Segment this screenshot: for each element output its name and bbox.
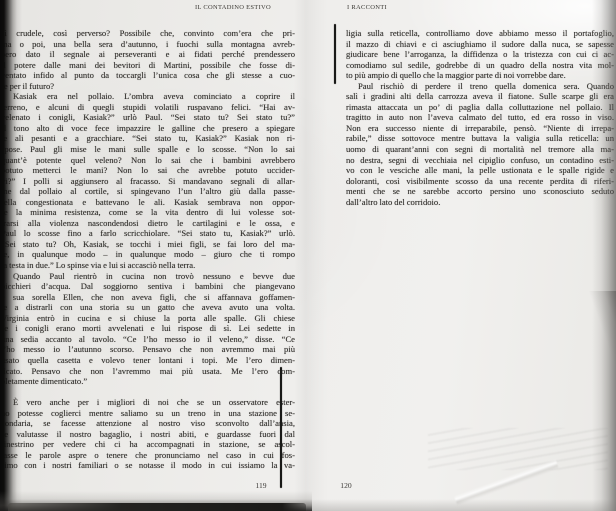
text-line: dall’altro lato del corridoio. [346,197,614,208]
text-line: Non era successo niente di irreparabile,… [346,123,614,134]
text-line: vi?” I polli si aggiunsero al fracasso. … [1,176,295,187]
book-scan-photo: IL CONTADINO ESTIVO sì crudele, così per… [0,0,616,511]
text-line: vo con le vesciche alle mani, la pelle u… [346,165,614,176]
text-line: le, in qualunque modo – in qualunque mod… [1,249,295,260]
text-line: tasse le parole aspre o tenere che pronu… [1,450,295,461]
text-line: usato quella casetta e volevo tener lont… [1,355,295,366]
pen-mark-right-page-margin [334,24,336,84]
text-line: ticato. Pensavo che non l’avremmo mai pi… [1,366,295,377]
text-line: re per il futuro? [1,81,295,92]
text-line: velenato i conigli, Kasiak?” urlò Paul. … [1,112,295,123]
text-line: giudicare bene l’arroganza, la diffidenz… [346,49,614,60]
text-line: menti che se ne sarebbe accorto persino … [346,186,614,197]
text-line: finestrino per vedere chi ci ha accompag… [1,439,295,450]
text-line: salì i gradini alti della carrozza aveva… [346,91,614,102]
text-line: rabile,” disse sottovoce mentre buttava … [346,133,614,144]
text-line: bicchieri d’acqua. Dal soggiorno sentiva… [1,281,295,292]
text-line: tragitto in auto non l’aveva calmato del… [346,112,614,123]
text-line: Paul lo scosse fino a farlo scricchiolar… [1,228,295,239]
text-line: “Sei stato tu? Oh, Kasiak, se tocchi i m… [1,239,295,250]
bottom-edge-dark-strip [8,503,306,511]
text-line: te a distrarli con una storia su un gatt… [1,302,295,313]
text-line: l’ho messo io l’autunno scorso. Pensavo … [1,344,295,355]
text-line: comodiamo sul sedile, godrebbe di un qua… [346,60,614,71]
text-line: la testa in due.” Lo spinse via e lui si… [1,260,295,271]
text-line: ligia sulla reticella, controlliamo dove… [346,28,614,39]
page-number-left: 119 [241,481,281,490]
running-header-left: IL CONTADINO ESTIVO [153,4,313,11]
text-line: Quando Paul rientrò in cucina non trovò … [1,271,295,282]
text-line: simo con i nostri familiari o se notasse… [1,460,295,471]
text-line: quant’è potente quel veleno? Non lo sai … [1,155,295,166]
page-number-right: 120 [326,481,366,490]
text-line: me dal pollaio al cortile, si spingevano… [1,186,295,197]
text-line: È vero anche per i migliori di noi che s… [1,397,295,408]
text-line: sì crudele, così perverso? Possibile che… [1,28,295,39]
left-page-text: sì crudele, così perverso? Possibile che… [1,28,295,471]
text-line: bero dato il segnale ai perseveranti e a… [1,49,295,60]
text-line: le ali pesanti e a gracchiare. “Sei stat… [1,133,295,144]
text-line: terreno, e alcuni di quegli stupidi vola… [1,102,295,113]
text-line: Paul rischiò di perdere il treno quella … [346,81,614,92]
text-line: re la minima resistenza, come se la vita… [1,207,295,218]
running-header-right: I RACCONTI [327,4,407,11]
text-line: potuto metterci le mani? Non lo sai che … [1,165,295,176]
text-line: spose. Paul gli mise le mani sulle spall… [1,144,295,155]
text-line: ma o poi, una bella sera d’autunno, i fu… [1,39,295,50]
right-edge-shadow-lower [582,291,616,511]
text-line: trarsi alla violenza nascondendosi dietr… [1,218,295,229]
left-edge-shadow [0,0,22,511]
text-line: rella congestionata e battevano le ali. … [1,197,295,208]
text-line: se valutasse il nostro bagaglio, i nostr… [1,429,295,440]
text-line: una sedia accanto al tavolo. “Ce l’ho me… [1,334,295,345]
page-gutter [294,0,328,511]
text-line: doloranti, così visibilmente scosso da u… [346,176,614,187]
text-line: Virginia entrò in cucina e si chiuse la … [1,313,295,324]
text-line: uomo di quarant’anni con segni di mortal… [346,144,614,155]
text-line: Kasiak era nel pollaio. L’ombra aveva co… [1,91,295,102]
text-line: to più ampio di quello che la maggior pa… [346,70,614,81]
bottom-right-shadow [312,499,616,511]
text-line: Il tono alto di voce fece impazzire le g… [1,123,295,134]
text-line: e sua sorella Ellen, che non aveva figli… [1,292,295,303]
text-line: condaria, se facesse attenzione al nostr… [1,418,295,429]
text-line: no destra, segni di vecchiaia nel cipigl… [346,155,614,166]
text-line: il mazzo di chiavi e ci asciughiamo il s… [346,39,614,50]
text-line: rimasta attaccata un po’ di paglia dalla… [346,102,614,113]
text-line: no potesse coglierci mentre saliamo su u… [1,408,295,419]
text-line: se i conigli erano morti avvelenati e lu… [1,323,295,334]
text-line: pletamente dimenticato.” [1,376,295,387]
text-line: ventato infido al punto da toccargli l’u… [1,70,295,81]
text-line: il potere dalle mani dei bevitori di Mar… [1,60,295,71]
right-page-text: ligia sulla reticella, controlliamo dove… [346,28,614,207]
